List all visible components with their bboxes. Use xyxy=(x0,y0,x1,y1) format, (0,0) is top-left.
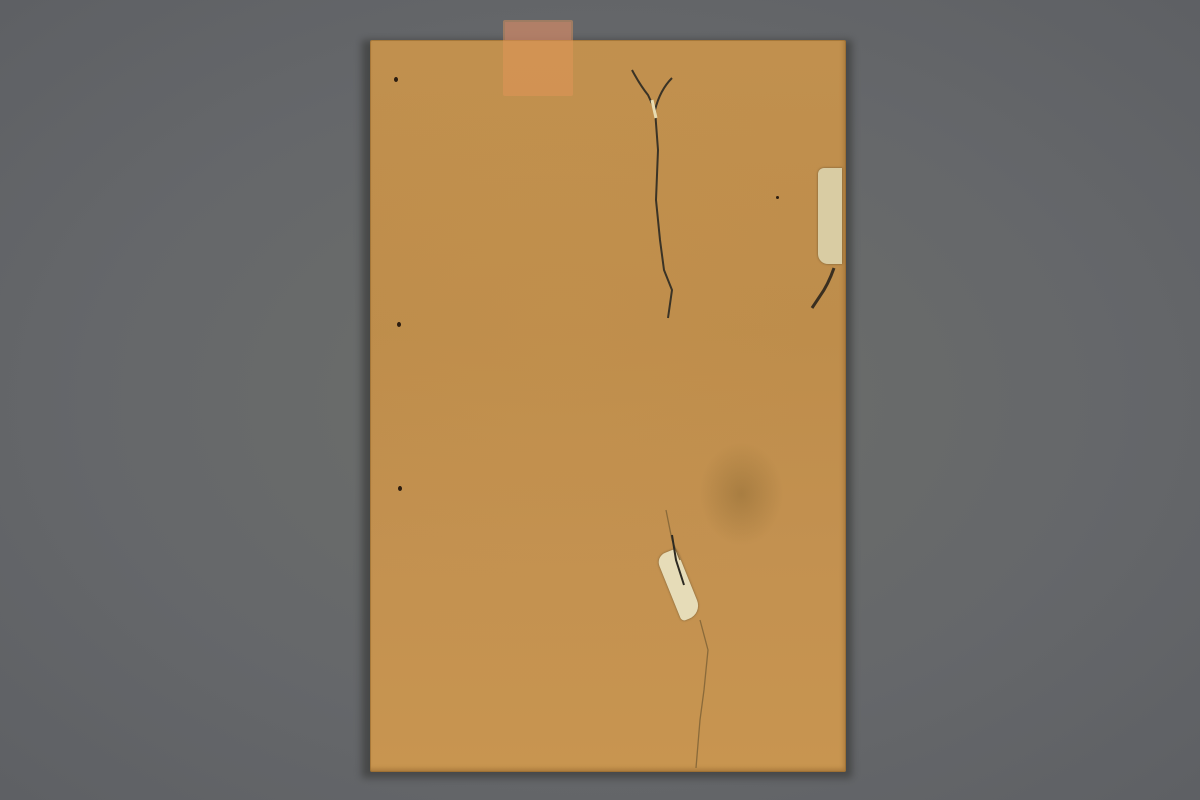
spot-4 xyxy=(776,196,779,199)
spot-2 xyxy=(397,322,401,327)
spot-3 xyxy=(398,486,402,491)
spot-1 xyxy=(394,77,398,82)
cracks-overlay xyxy=(0,0,1200,800)
